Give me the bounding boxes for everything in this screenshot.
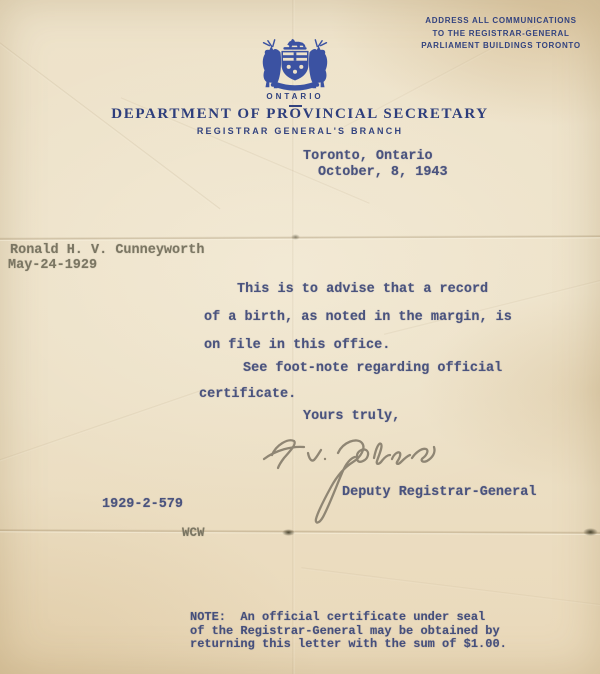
ontario-coat-of-arms-icon — [250, 34, 340, 99]
crease-mark — [384, 266, 600, 336]
address-note: ADDRESS ALL COMMUNICATIONS TO THE REGIST… — [416, 15, 586, 53]
footnote-line: NOTE: An official certificate under seal — [190, 611, 507, 625]
fold-smudge — [291, 234, 300, 240]
address-note-line: ADDRESS ALL COMMUNICATIONS — [416, 15, 586, 28]
letter-document: ADDRESS ALL COMMUNICATIONS TO THE REGIST… — [0, 0, 600, 674]
vertical-fold — [292, 0, 295, 674]
dateline-place: Toronto, Ontario — [303, 149, 433, 164]
footnote-line: returning this letter with the sum of $1… — [190, 638, 507, 652]
crease-mark — [0, 389, 204, 472]
signature: F. V. Johns — [258, 430, 438, 532]
clerk-initials: WCW — [182, 526, 205, 540]
address-note-line: PARLIAMENT BUILDINGS TORONTO — [416, 40, 586, 53]
department-title: DEPARTMENT OF PROVINCIAL SECRETARY — [0, 106, 600, 123]
body-line: of a birth, as noted in the margin, is — [204, 310, 512, 325]
signature-icon — [258, 430, 438, 532]
crease-mark — [301, 567, 600, 610]
dateline-date: October, 8, 1943 — [318, 165, 448, 180]
valediction: Yours truly, — [303, 409, 400, 424]
margin-record-birthdate: May-24-1929 — [8, 258, 97, 273]
signer-title: Deputy Registrar-General — [342, 485, 536, 500]
footnote: NOTE: An official certificate under seal… — [190, 611, 507, 652]
footnote-line: of the Registrar-General may be obtained… — [190, 625, 507, 639]
body-line: certificate. — [199, 387, 296, 402]
body-line: on file in this office. — [204, 338, 390, 353]
address-note-line: TO THE REGISTRAR-GENERAL — [416, 28, 586, 41]
branch-title: REGISTRAR GENERAL'S BRANCH — [0, 126, 600, 136]
body-line: See foot-note regarding official — [243, 361, 502, 376]
horizontal-fold-upper — [0, 235, 600, 242]
body-line: This is to advise that a record — [237, 282, 488, 297]
fold-smudge — [583, 528, 598, 536]
margin-record-name: Ronald H. V. Cunneyworth — [10, 243, 204, 258]
crest-caption: ONTARIO — [250, 92, 340, 101]
file-number: 1929-2-579 — [102, 497, 183, 512]
